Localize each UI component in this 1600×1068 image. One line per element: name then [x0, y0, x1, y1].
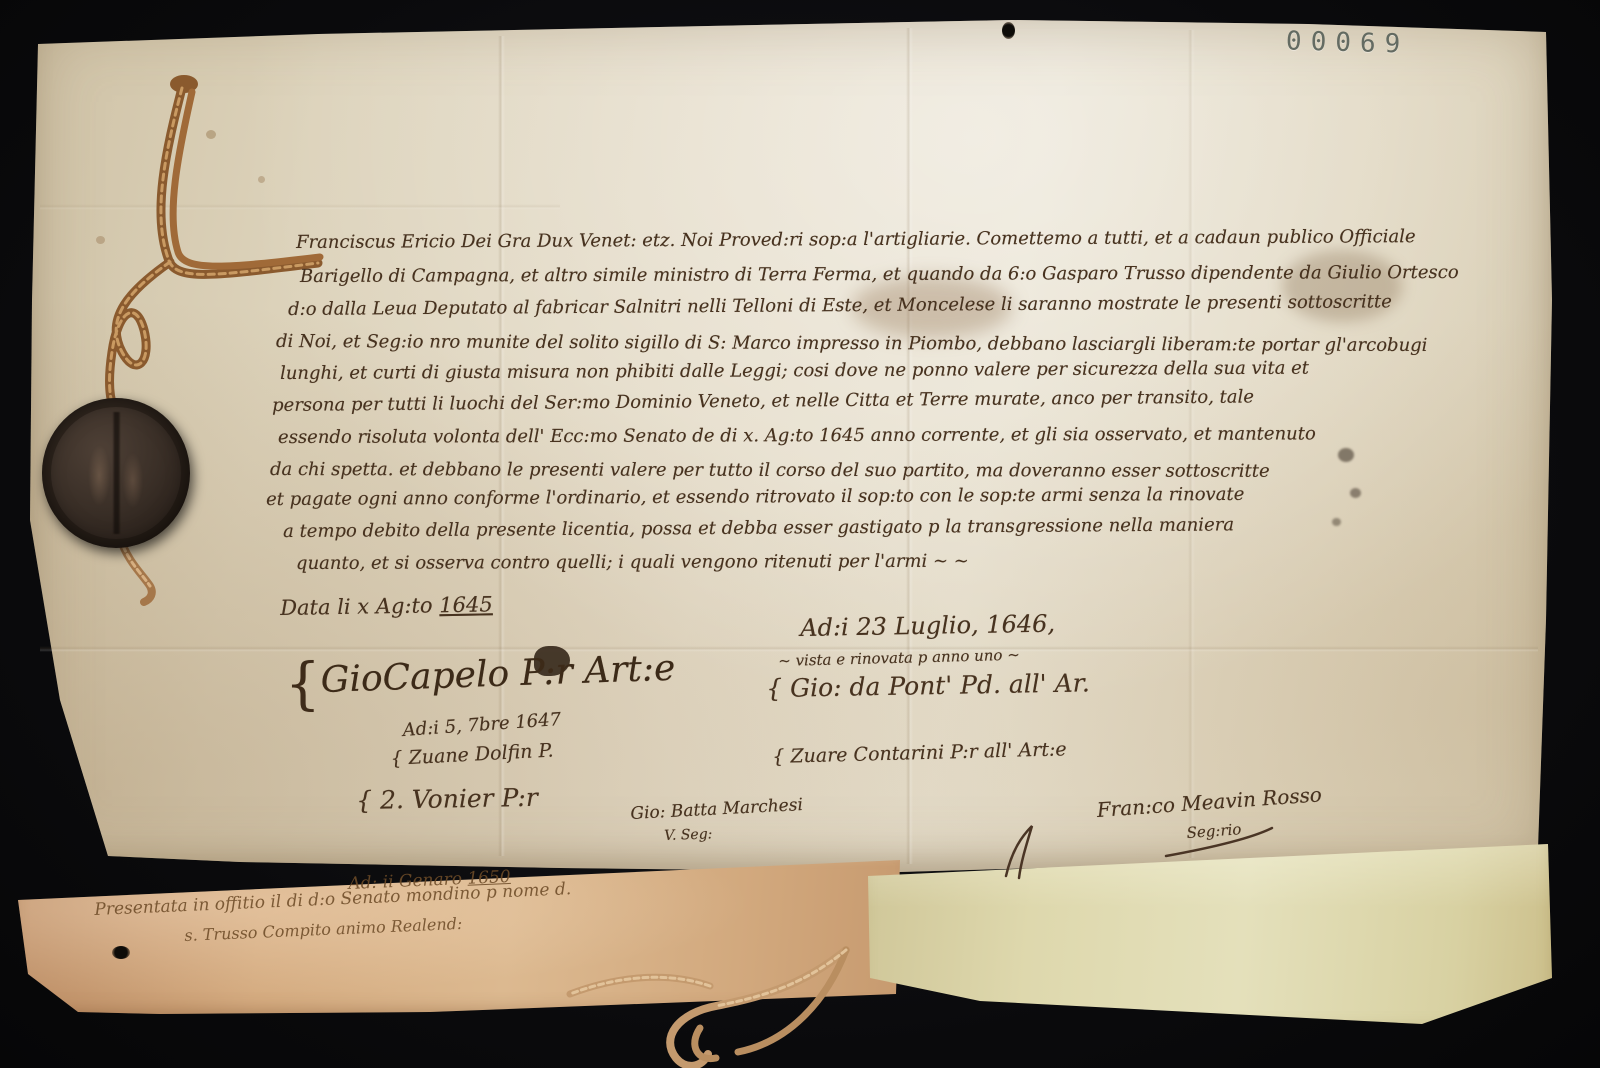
- stain-spot: [1338, 448, 1354, 462]
- fold-crease-vertical: [906, 28, 913, 864]
- fold-crease-horizontal: [40, 204, 560, 210]
- signature-ponte: { Gio: da Pont' Pd. all' Ar.: [766, 668, 1090, 703]
- renewal-date: Ad:i 23 Luglio, 1646,: [800, 610, 1055, 642]
- binding-hole: [1002, 22, 1015, 39]
- stain-spot: [1350, 488, 1361, 498]
- manuscript-line-8: da chi spetta. et debbano le presenti va…: [270, 459, 1270, 482]
- manuscript-line-2: Barigello di Campagna, et altro simile m…: [300, 262, 1459, 287]
- dateline-year: 1645: [439, 592, 493, 617]
- manuscript-line-4: di Noi, et Seg:io nro munite del solito …: [276, 331, 1428, 356]
- stain-spot: [206, 130, 216, 139]
- dateline-prefix: Data li x Ag:to: [280, 593, 439, 620]
- signature-rosso-title: Seg:rio: [1186, 820, 1242, 842]
- control-number-stamp: 00069: [1286, 26, 1410, 59]
- stain-spot: [258, 176, 265, 183]
- signature-marchesi-title: V. Seg:: [664, 826, 713, 844]
- stain-spot: [1332, 518, 1341, 526]
- manuscript-line-11: quanto, et si osserva contro quelli; i q…: [296, 551, 969, 574]
- strip-hole: [112, 946, 130, 959]
- dateline: Data li x Ag:to 1645: [280, 592, 493, 620]
- lead-seal: [42, 398, 190, 548]
- stain-spot: [96, 236, 105, 244]
- seal-relief-figures: [56, 412, 176, 534]
- manuscript-line-7: essendo risoluta volonta dell' Ecc:mo Se…: [278, 423, 1316, 448]
- signature-bracket: {: [285, 652, 321, 717]
- signature-vonier: { 2. Vonier P:r: [356, 783, 538, 815]
